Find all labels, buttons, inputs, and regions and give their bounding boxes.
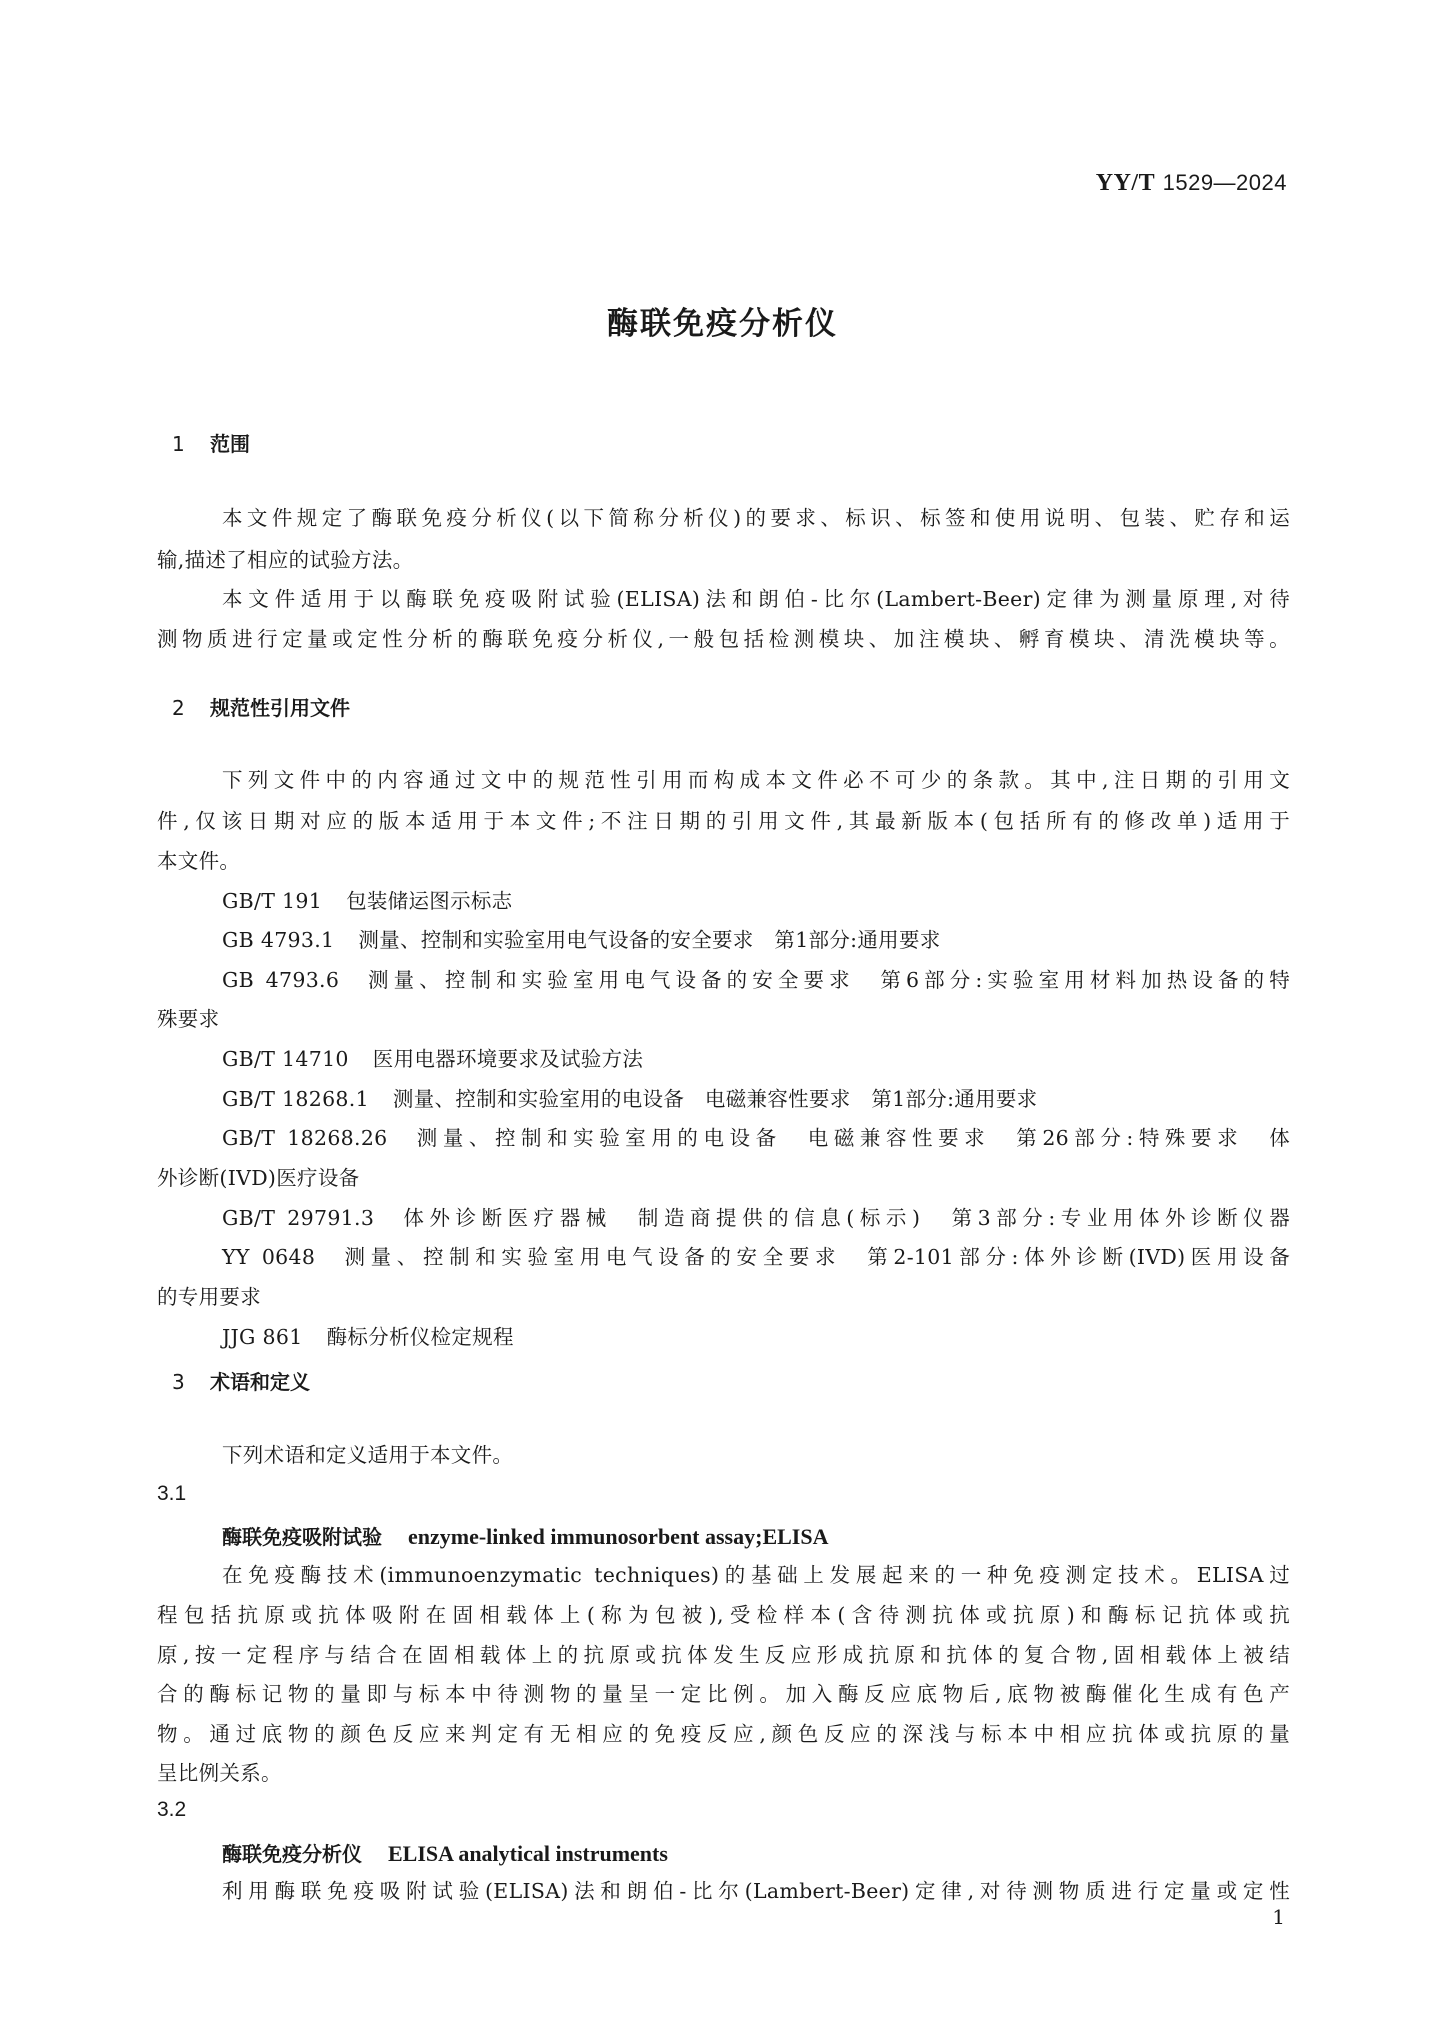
- paragraph-line: 件,仅该日期对应的版本适用于本文件;不注日期的引用文件,其最新版本(包括所有的修…: [157, 806, 1290, 836]
- definition-line: 合的酶标记物的量即与标本中待测物的量呈一定比例。加入酶反应底物后,底物被酶催化生…: [157, 1679, 1290, 1709]
- reference-title: 测量、控制和实验室用的电设备 电磁兼容性要求 第26部分:特殊要求 体: [412, 1126, 1290, 1150]
- reference-code: GB/T 14710: [222, 1047, 349, 1071]
- reference-code: YY 0648: [222, 1245, 315, 1269]
- standard-code: YY/T: [1096, 170, 1155, 196]
- definition-line: 利用酶联免疫吸附试验(ELISA)法和朗伯-比尔(Lambert-Beer)定律…: [222, 1876, 1290, 1906]
- paragraph-line: 本文件。: [157, 846, 1290, 876]
- page-number: 1: [1272, 1905, 1285, 1929]
- definition-line: 呈比例关系。: [157, 1758, 1290, 1788]
- reference-code: GB/T 29791.3: [222, 1206, 374, 1230]
- reference-title: 测量、控制和实验室用的电设备 电磁兼容性要求 第1部分:通用要求: [393, 1087, 1038, 1111]
- reference-continuation: 的专用要求: [157, 1282, 1290, 1312]
- definition-line: 原,按一定程序与结合在固相载体上的抗原或抗体发生反应形成抗原和抗体的复合物,固相…: [157, 1640, 1290, 1670]
- definition-line: 物。通过底物的颜色反应来判定有无相应的免疫反应,颜色反应的深浅与标本中相应抗体或…: [157, 1719, 1290, 1749]
- section-title: 范围: [210, 432, 250, 456]
- reference-item: GB 4793.6测量、控制和实验室用电气设备的安全要求 第6部分:实验室用材料…: [222, 965, 1290, 995]
- reference-item: GB 4793.1测量、控制和实验室用电气设备的安全要求 第1部分:通用要求: [222, 925, 1290, 955]
- section-heading-terms-definitions: 3术语和定义: [172, 1366, 310, 1395]
- reference-item: GB/T 29791.3体外诊断医疗器械 制造商提供的信息(标示) 第3部分:专…: [222, 1203, 1290, 1233]
- reference-code: GB/T 18268.1: [222, 1087, 369, 1111]
- reference-title: 测量、控制和实验室用电气设备的安全要求 第6部分:实验室用材料加热设备的特: [363, 968, 1290, 992]
- reference-item: GB/T 191包装储运图示标志: [222, 886, 1290, 916]
- section-number: 1: [172, 432, 210, 456]
- reference-item: GB/T 18268.26测量、控制和实验室用的电设备 电磁兼容性要求 第26部…: [222, 1123, 1290, 1153]
- term-en: ELISA analytical instruments: [388, 1841, 668, 1866]
- standard-number: YY/T 1529—2024: [1096, 170, 1287, 197]
- term-zh: 酶联免疫吸附试验: [222, 1525, 382, 1549]
- reference-continuation: 外诊断(IVD)医疗设备: [157, 1163, 1290, 1193]
- reference-item: GB/T 18268.1测量、控制和实验室用的电设备 电磁兼容性要求 第1部分:…: [222, 1084, 1290, 1114]
- clause-number: 3.2: [157, 1798, 186, 1822]
- reference-code: JJG 861: [222, 1325, 303, 1349]
- reference-title: 测量、控制和实验室用电气设备的安全要求 第2-101部分:体外诊断(IVD)医用…: [339, 1245, 1290, 1269]
- section-number: 3: [172, 1370, 210, 1394]
- reference-code: GB 4793.6: [222, 968, 339, 992]
- reference-title: 酶标分析仪检定规程: [327, 1325, 514, 1349]
- reference-continuation: 殊要求: [157, 1004, 1290, 1034]
- section-title: 术语和定义: [210, 1370, 310, 1394]
- document-page: YY/T 1529—2024 酶联免疫分析仪 1范围 本文件规定了酶联免疫分析仪…: [0, 0, 1445, 2044]
- definition-line: 在免疫酶技术(immunoenzymatic techniques)的基础上发展…: [222, 1560, 1290, 1590]
- reference-code: GB 4793.1: [222, 928, 334, 952]
- standard-year: 1529—2024: [1163, 170, 1287, 195]
- reference-title: 包装储运图示标志: [346, 889, 512, 913]
- paragraph-line: 输,描述了相应的试验方法。: [157, 545, 1290, 575]
- term-en: enzyme-linked immunosorbent assay;ELISA: [408, 1524, 828, 1549]
- term-zh: 酶联免疫分析仪: [222, 1842, 362, 1866]
- term-title: 酶联免疫吸附试验enzyme-linked immunosorbent assa…: [222, 1521, 828, 1550]
- reference-code: GB/T 18268.26: [222, 1126, 388, 1150]
- term-title: 酶联免疫分析仪ELISA analytical instruments: [222, 1838, 668, 1867]
- section-heading-scope: 1范围: [172, 428, 250, 457]
- reference-title: 体外诊断医疗器械 制造商提供的信息(标示) 第3部分:专业用体外诊断仪器: [398, 1206, 1290, 1230]
- reference-code: GB/T 191: [222, 889, 322, 913]
- clause-number: 3.1: [157, 1482, 186, 1506]
- reference-title: 医用电器环境要求及试验方法: [373, 1047, 643, 1071]
- reference-item: YY 0648测量、控制和实验室用电气设备的安全要求 第2-101部分:体外诊断…: [222, 1242, 1290, 1272]
- section-title: 规范性引用文件: [210, 696, 350, 720]
- paragraph-line: 测物质进行定量或定性分析的酶联免疫分析仪,一般包括检测模块、加注模块、孵育模块、…: [157, 624, 1290, 654]
- document-title: 酶联免疫分析仪: [0, 298, 1445, 343]
- reference-item: GB/T 14710医用电器环境要求及试验方法: [222, 1044, 1290, 1074]
- paragraph-line: 本文件适用于以酶联免疫吸附试验(ELISA)法和朗伯-比尔(Lambert-Be…: [222, 584, 1290, 614]
- definition-line: 程包括抗原或抗体吸附在固相载体上(称为包被),受检样本(含待测抗体或抗原)和酶标…: [157, 1600, 1290, 1630]
- section-heading-normative-references: 2规范性引用文件: [172, 692, 350, 721]
- reference-item: JJG 861酶标分析仪检定规程: [222, 1322, 1290, 1352]
- reference-title: 测量、控制和实验室用电气设备的安全要求 第1部分:通用要求: [358, 928, 940, 952]
- section-number: 2: [172, 696, 210, 720]
- paragraph-line: 下列文件中的内容通过文中的规范性引用而构成本文件必不可少的条款。其中,注日期的引…: [222, 765, 1290, 795]
- paragraph-line: 下列术语和定义适用于本文件。: [222, 1440, 1290, 1470]
- paragraph-line: 本文件规定了酶联免疫分析仪(以下简称分析仪)的要求、标识、标签和使用说明、包装、…: [222, 503, 1290, 533]
